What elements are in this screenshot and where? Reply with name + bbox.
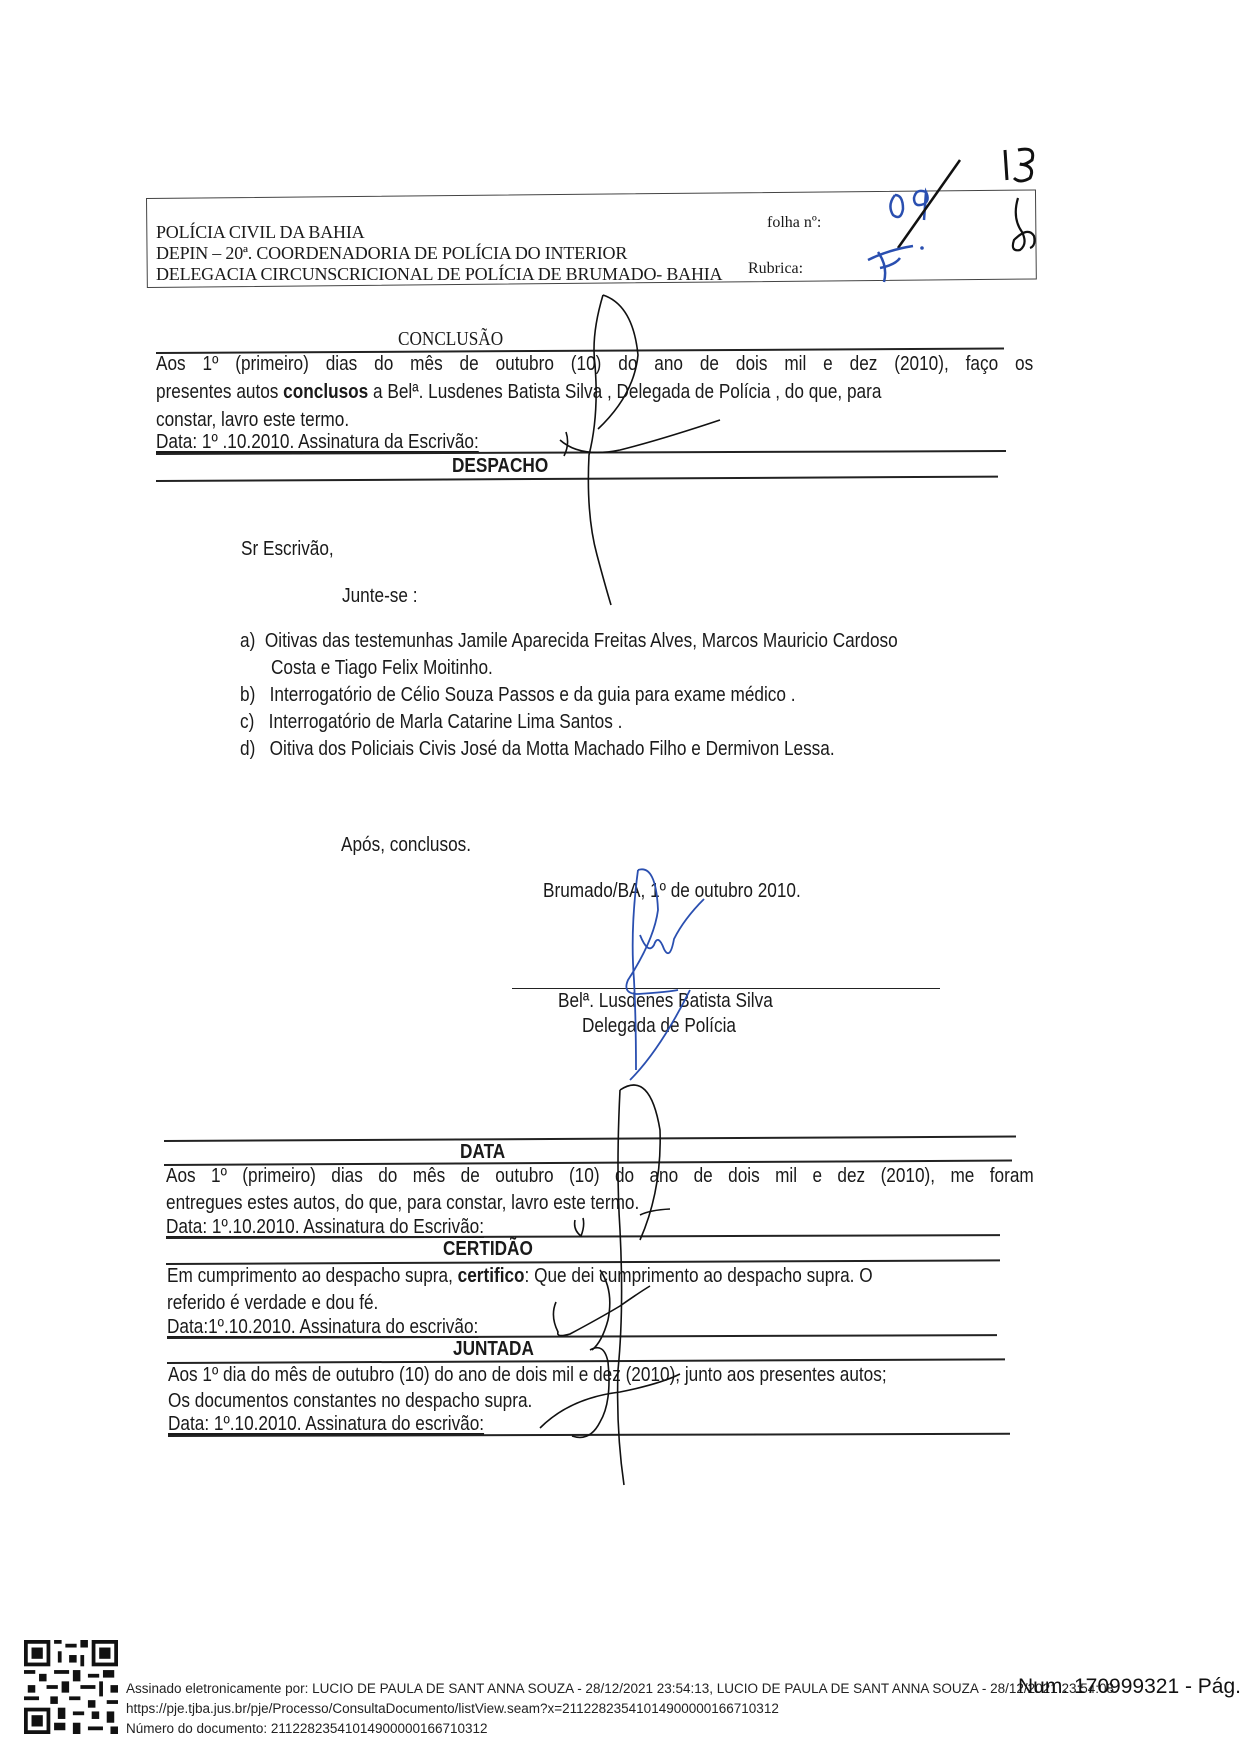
despacho-instruction: Junte-se :	[342, 585, 418, 608]
conclusao-line-2-pre: presentes autos	[156, 381, 283, 403]
header-institution: POLÍCIA CIVIL DA BAHIA	[156, 222, 364, 243]
item-marker: b)	[240, 684, 255, 706]
conclusao-bold-word: conclusos	[283, 381, 368, 403]
despacho-item-a: a) Oitivas das testemunhas Jamile Aparec…	[240, 630, 898, 653]
conclusao-line-1: Aos 1º (primeiro) dias do mês de outubro…	[156, 353, 1033, 376]
signature-line	[512, 988, 940, 989]
signer-name: Belª. Lusdenes Batista Silva	[558, 990, 773, 1013]
rubrica-label: Rubrica:	[748, 260, 803, 278]
conclusao-title: CONCLUSÃO	[398, 328, 503, 351]
certidao-bold-word: certifico	[458, 1265, 525, 1287]
conclusao-line-3: constar, lavro este termo.	[156, 409, 349, 432]
folha-label: folha nº:	[767, 214, 821, 232]
data-paragraph: Aos 1º (primeiro) dias do mês de outubro…	[166, 1165, 1034, 1188]
juntada-data-line: Data: 1º.10.2010. Assinatura do escrivão…	[168, 1413, 484, 1436]
header-department: DEPIN – 20ª. COORDENADORIA DE POLÍCIA DO…	[156, 243, 627, 264]
despacho-item-b: b) Interrogatório de Célio Souza Passos …	[240, 684, 796, 707]
data-line-1: Aos 1º (primeiro) dias do mês de outubro…	[166, 1165, 1034, 1188]
item-marker: a)	[240, 630, 255, 652]
despacho-rule	[156, 476, 998, 482]
conclusao-line-2-post: a Belª. Lusdenes Batista Silva , Delegad…	[368, 381, 881, 403]
juntada-line-1: Aos 1º dia do mês de outubro (10) do ano…	[168, 1364, 887, 1387]
footer-page-stamp: Num. 170999321 - Pág. 4	[1018, 1675, 1240, 1699]
item-marker: c)	[240, 711, 254, 733]
item-marker: d)	[240, 738, 255, 760]
item-text: Oitivas das testemunhas Jamile Aparecida…	[265, 630, 898, 652]
juntada-title: JUNTADA	[453, 1338, 534, 1361]
despacho-item-a-cont: Costa e Tiago Felix Moitinho.	[271, 657, 493, 680]
item-text: Interrogatório de Célio Souza Passos e d…	[270, 684, 796, 706]
footer-doc-number: Número do documento: 2112282354101490000…	[126, 1721, 488, 1736]
item-text: Interrogatório de Marla Catarine Lima Sa…	[269, 711, 623, 733]
juntada-line-2: Os documentos constantes no despacho sup…	[168, 1390, 532, 1413]
certidao-title: CERTIDÃO	[443, 1238, 533, 1261]
footer-signed-by: Assinado eletronicamente por: LUCIO DE P…	[126, 1681, 1114, 1696]
data-title: DATA	[460, 1141, 505, 1164]
item-text: Oitiva dos Policiais Civis José da Motta…	[270, 738, 835, 760]
conclusao-paragraph: Aos 1º (primeiro) dias do mês de outubro…	[156, 353, 1034, 376]
despacho-place-date: Brumado/BA, 1º de outubro 2010.	[543, 880, 801, 903]
header-delegacia: DELEGACIA CIRCUNSCRICIONAL DE POLÍCIA DE…	[156, 264, 722, 285]
signer-role: Delegada de Polícia	[582, 1015, 736, 1038]
certidao-line-1-post: : Que dei cumprimento ao despacho supra.…	[525, 1265, 873, 1287]
qr-code-icon	[24, 1640, 118, 1734]
certidao-line-1-pre: Em cumprimento ao despacho supra,	[167, 1265, 458, 1287]
despacho-salutation: Sr Escrivão,	[241, 538, 334, 561]
certidao-line-1: Em cumprimento ao despacho supra, certif…	[167, 1265, 873, 1288]
conclusao-data-line: Data: 1º .10.2010. Assinatura da Escrivã…	[156, 431, 479, 454]
despacho-closing: Após, conclusos.	[341, 834, 471, 857]
certidao-line-2: referido é verdade e dou fé.	[167, 1292, 378, 1315]
data-top-rule	[164, 1136, 1016, 1142]
despacho-item-c: c) Interrogatório de Marla Catarine Lima…	[240, 711, 622, 734]
footer-url[interactable]: https://pje.tjba.jus.br/pje/Processo/Con…	[126, 1701, 779, 1716]
conclusao-line-2: presentes autos conclusos a Belª. Lusden…	[156, 381, 881, 404]
despacho-item-d: d) Oitiva dos Policiais Civis José da Mo…	[240, 738, 835, 761]
data-line-2: entregues estes autos, do que, para cons…	[166, 1192, 639, 1215]
despacho-title: DESPACHO	[452, 455, 548, 478]
